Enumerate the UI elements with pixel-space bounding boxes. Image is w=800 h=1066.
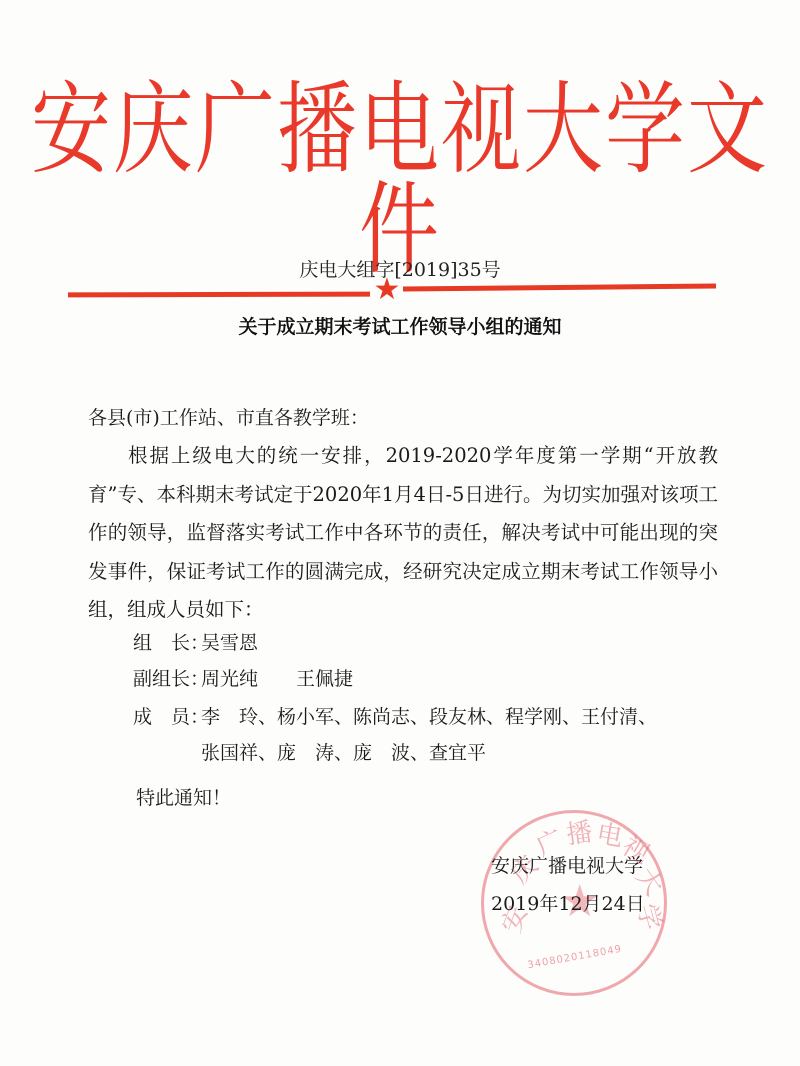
body-paragraph: 根据上级电大的统一安排，2019-2020学年度第一学期“开放教育”专、本科期末…	[88, 437, 718, 630]
group-leader-row: 组 长： 吴雪恩	[133, 628, 258, 655]
masthead-title: 安庆广播电视大学文件	[0, 80, 800, 280]
signature-date: 2019年12月24日	[491, 889, 645, 916]
notice-title: 关于成立期末考试工作领导小组的通知	[0, 312, 800, 339]
leader-label: 组 长：	[133, 628, 201, 655]
seal-char: 播	[564, 811, 595, 851]
signature-organization: 安庆广播电视大学	[491, 851, 643, 878]
leader-name: 吴雪恩	[201, 628, 258, 655]
members-line-1: 李 玲、杨小军、陈尚志、段友林、程学刚、王付清、	[201, 702, 657, 729]
red-rule-left	[68, 292, 370, 298]
members-line-2: 张国祥、庞 涛、庞 波、查宜平	[201, 738, 486, 765]
deputy-label: 副组长：	[133, 664, 201, 691]
closing-text: 特此通知！	[136, 783, 231, 810]
salutation: 各县(市)工作站、市直各教学班：	[88, 403, 369, 430]
deputy-names: 周光纯 王佩捷	[201, 664, 353, 691]
group-members-row: 成 员： 李 玲、杨小军、陈尚志、段友林、程学刚、王付清、	[133, 702, 657, 729]
group-deputy-row: 副组长： 周光纯 王佩捷	[133, 664, 353, 691]
star-icon: ★	[372, 276, 402, 304]
members-label: 成 员：	[133, 702, 201, 729]
red-rule-right	[403, 283, 716, 291]
group-members-row-2: 张国祥、庞 涛、庞 波、查宜平	[201, 738, 486, 765]
